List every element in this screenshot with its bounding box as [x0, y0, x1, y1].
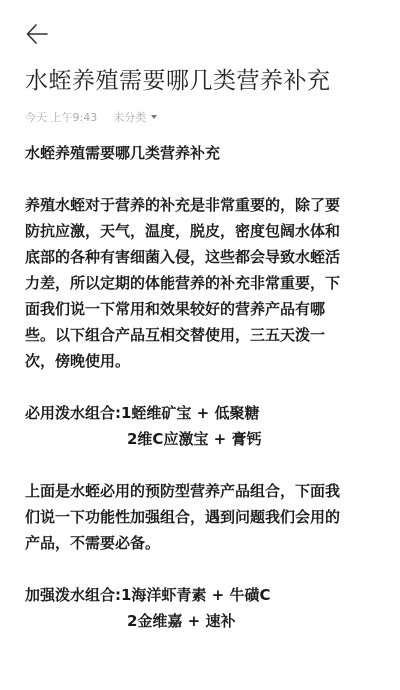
paragraph-line: 上面是水蛭必用的预防型营养产品组合，下面我: [25, 478, 377, 504]
category-dropdown[interactable]: 未分类: [113, 109, 157, 125]
combo1-line2: 2维C应激宝 + 膏钙: [25, 426, 377, 452]
category-label: 未分类: [113, 109, 146, 125]
combo2-line2: 2金维嘉 + 速补: [25, 608, 377, 634]
note-date: 今天 上午9:43: [25, 109, 97, 125]
paragraph-line: 养殖水蛭对于营养的补充是非常重要的，除了要: [25, 192, 377, 218]
note-body[interactable]: 水蛭养殖需要哪几类营养补充 养殖水蛭对于营养的补充是非常重要的，除了要 防抗应激…: [25, 140, 377, 634]
caret-down-icon: [151, 115, 157, 119]
paragraph-line: 们说一下功能性加强组合，遇到问题我们会用的: [25, 504, 377, 530]
paragraph-line: 产品，不需要必备。: [25, 530, 377, 556]
body-heading: 水蛭养殖需要哪几类营养补充: [25, 140, 377, 166]
note-meta: 今天 上午9:43 未分类: [25, 109, 157, 125]
combo1-line1: 必用泼水组合:1蛭维矿宝 + 低聚糖: [25, 400, 377, 426]
arrow-left-icon: [25, 22, 49, 46]
paragraph-line: 次，傍晚使用。: [25, 348, 377, 374]
paragraph-line: 底部的各种有害细菌入侵，这些都会导致水蛭活: [25, 244, 377, 270]
back-button[interactable]: [25, 22, 49, 46]
combo2-line1: 加强泼水组合:1海洋虾青素 + 牛磺C: [25, 582, 377, 608]
paragraph-line: 力差，所以定期的体能营养的补充非常重要，下: [25, 270, 377, 296]
paragraph-line: 面我们说一下常用和效果较好的营养产品有哪: [25, 296, 377, 322]
note-title[interactable]: 水蛭养殖需要哪几类营养补充: [25, 62, 331, 95]
paragraph-line: 些。以下组合产品互相交替使用，三五天泼一: [25, 322, 377, 348]
paragraph-line: 防抗应激，天气，温度，脱皮，密度包阔水体和: [25, 218, 377, 244]
